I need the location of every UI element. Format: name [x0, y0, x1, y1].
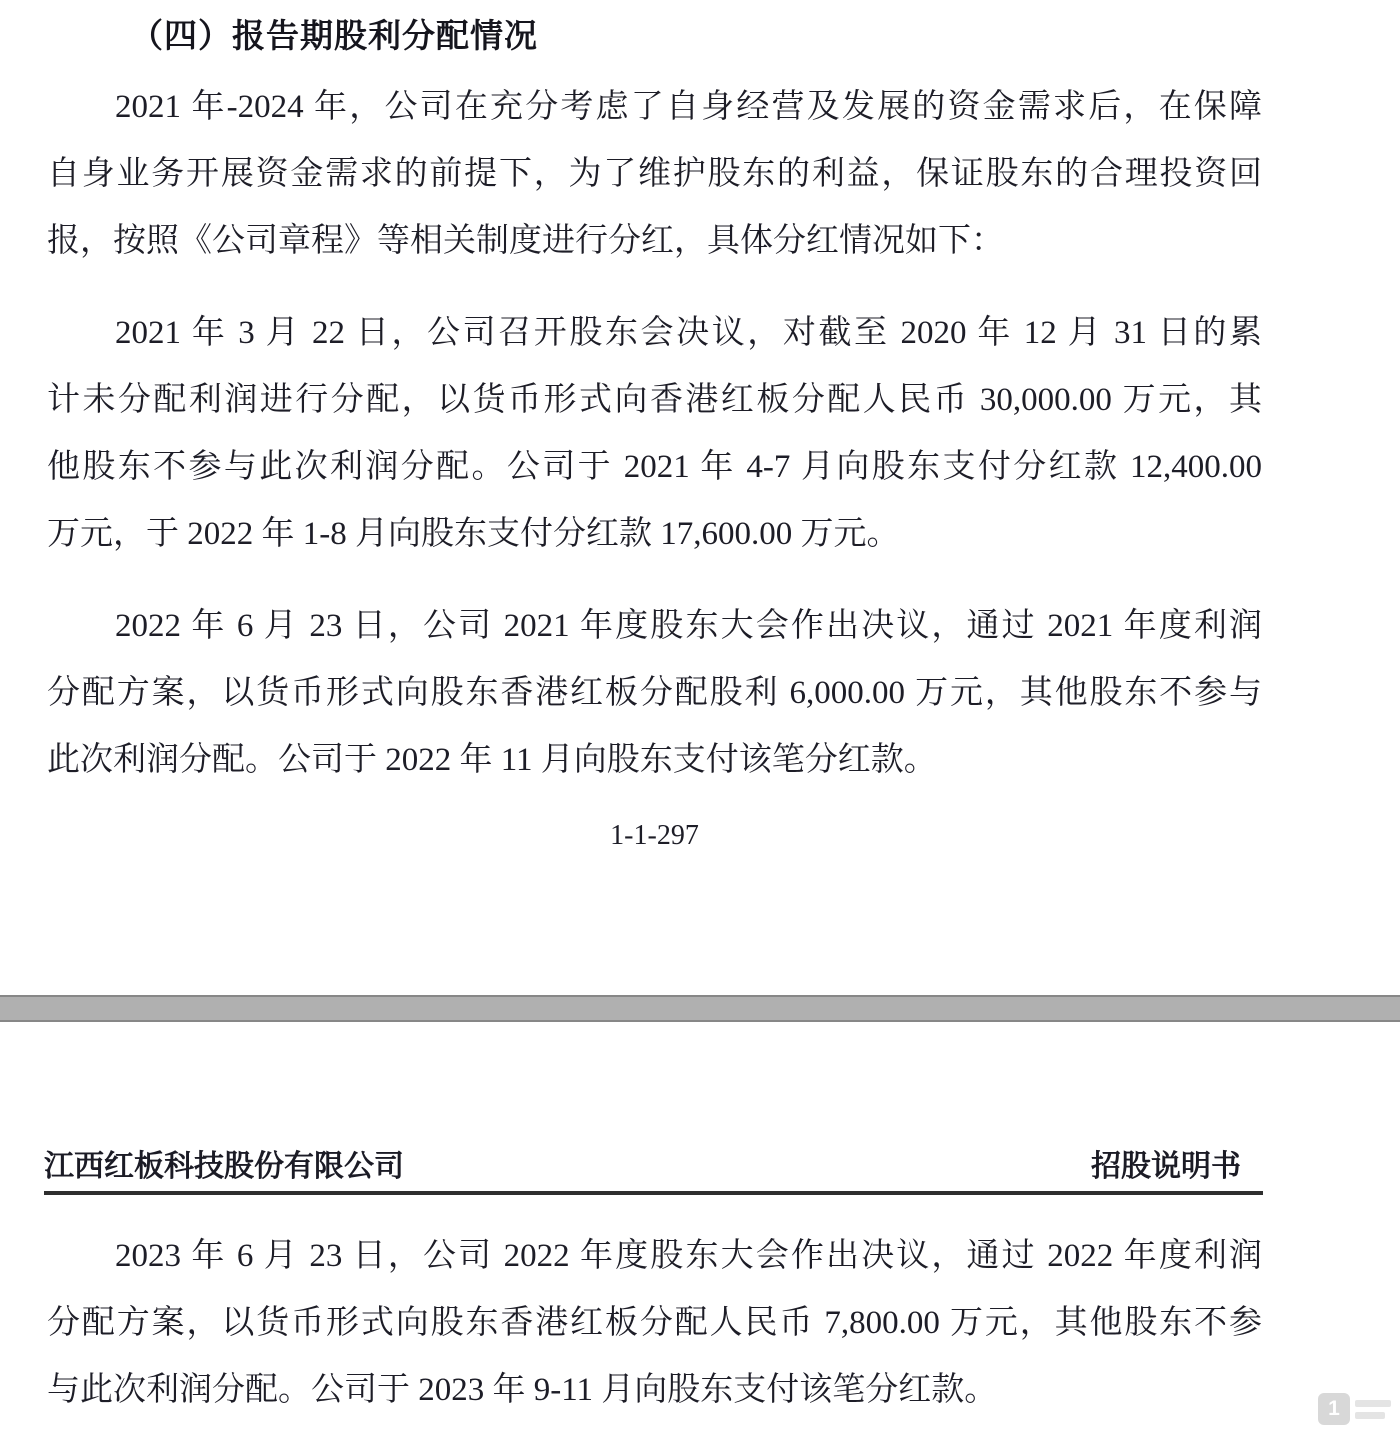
body-line: 2023 年 6 月 23 日，公司 2022 年度股东大会作出决议，通过 20… [47, 1223, 1262, 1290]
page-number: 1-1-297 [47, 820, 1262, 852]
body-line: 计未分配利润进行分配，以货币形式向香港红板分配人民币 30,000.00 万元，… [47, 367, 1262, 434]
body-line: 万元，于 2022 年 1-8 月向股东支付分红款 17,600.00 万元。 [47, 501, 1262, 568]
header-company-name: 江西红板科技股份有限公司 [44, 1141, 404, 1185]
body-line: 2021 年 3 月 22 日，公司召开股东会决议，对截至 2020 年 12 … [47, 300, 1262, 367]
body-line: 2021 年-2024 年，公司在充分考虑了自身经营及发展的资金需求后，在保障 [47, 74, 1262, 141]
document-page-view: （四）报告期股利分配情况 2021 年-2024 年，公司在充分考虑了自身经营及… [0, 0, 1400, 1439]
body-line: 分配方案，以货币形式向股东香港红板分配人民币 7,800.00 万元，其他股东不… [47, 1290, 1262, 1357]
body-line: 他股东不参与此次利润分配。公司于 2021 年 4-7 月向股东支付分红款 12… [47, 434, 1262, 501]
watermark-icon: 1 [1318, 1393, 1350, 1425]
section-heading: （四）报告期股利分配情况 [130, 10, 538, 57]
body-line: 2022 年 6 月 23 日，公司 2021 年度股东大会作出决议，通过 20… [47, 593, 1262, 660]
paragraph: 2021 年-2024 年，公司在充分考虑了自身经营及发展的资金需求后，在保障 … [47, 74, 1262, 275]
body-line: 分配方案，以货币形式向股东香港红板分配股利 6,000.00 万元，其他股东不参… [47, 660, 1262, 727]
body-line: 此次利润分配。公司于 2022 年 11 月向股东支付该笔分红款。 [47, 727, 1262, 794]
watermark-text-lines [1355, 1400, 1391, 1419]
header-document-type: 招股说明书 [1091, 1141, 1263, 1185]
paragraph: 2023 年 6 月 23 日，公司 2022 年度股东大会作出决议，通过 20… [47, 1223, 1262, 1424]
body-line: 自身业务开展资金需求的前提下，为了维护股东的利益，保证股东的合理投资回 [47, 141, 1262, 208]
page-break-divider [0, 995, 1400, 1022]
body-line: 与此次利润分配。公司于 2023 年 9-11 月向股东支付该笔分红款。 [47, 1357, 1262, 1424]
page-header: 江西红板科技股份有限公司 招股说明书 [44, 1141, 1263, 1195]
paragraph: 2021 年 3 月 22 日，公司召开股东会决议，对截至 2020 年 12 … [47, 300, 1262, 568]
body-line: 报，按照《公司章程》等相关制度进行分红，具体分红情况如下： [47, 208, 1262, 275]
paragraph: 2022 年 6 月 23 日，公司 2021 年度股东大会作出决议，通过 20… [47, 593, 1262, 794]
watermark-logo: 1 [1318, 1393, 1391, 1425]
